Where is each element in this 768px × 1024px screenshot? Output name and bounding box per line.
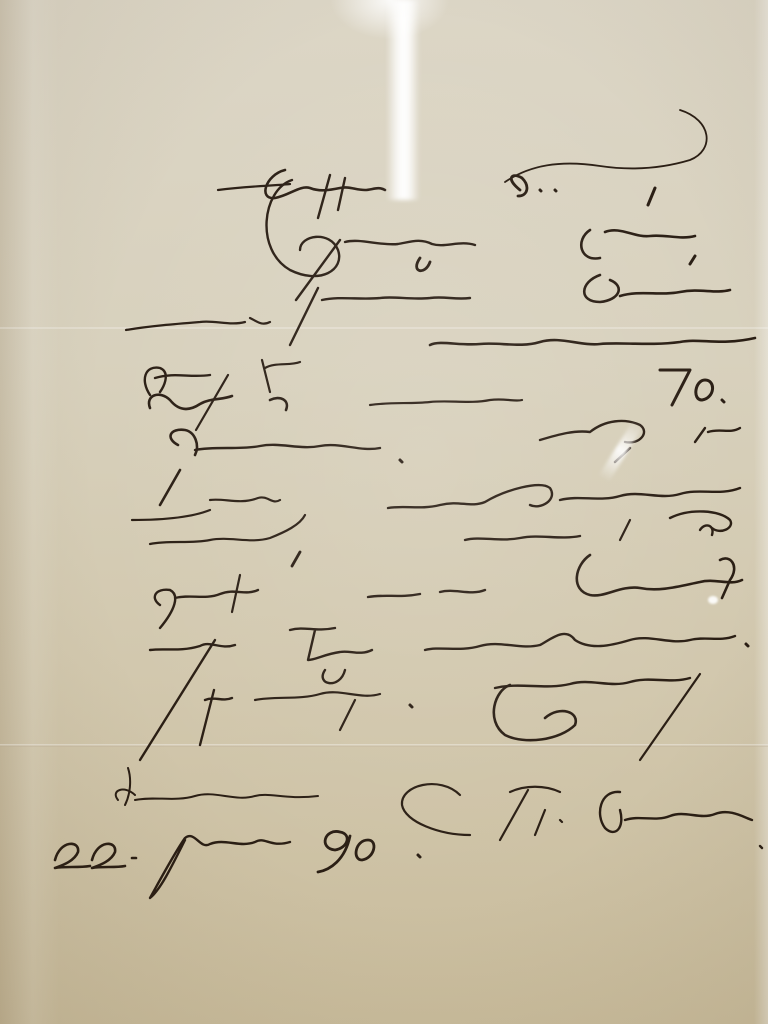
body-line-7: gütigst mit der Unruhe xyxy=(155,570,460,600)
handwriting-ink xyxy=(0,0,768,1024)
body-line-9: In vorzügl. Ergebenheit xyxy=(200,672,513,702)
body-line-1: meinen herzlichsten Dank xyxy=(130,286,475,316)
body-line-5: Dank etwas verspätet xyxy=(135,478,422,508)
salutation-line-2: Hochgeehrter Herr, xyxy=(300,228,561,258)
place: Berlin xyxy=(115,776,195,806)
signature: Th. Fontane. xyxy=(500,796,666,826)
body-line-3: Wünsche zu meinem 70. xyxy=(145,378,466,408)
salutation-line-1: Empfangen Sie, xyxy=(260,172,469,202)
date: 22. Januar 90. xyxy=(55,834,242,864)
body-line-4: Geburtstage. Daß Ihr xyxy=(170,428,452,458)
glass-glare-streak xyxy=(386,0,420,200)
body-line-6: eintrifft, wollen Sie xyxy=(150,520,404,550)
glass-glare-spot xyxy=(708,596,718,604)
letter-paper: Empfangen Sie, Hochgeehrter Herr, meinen… xyxy=(0,0,768,1024)
body-line-8: dieser Tage entschuldigen. xyxy=(150,622,505,652)
body-line-2: für Ihre liebenswürdigen xyxy=(145,340,474,370)
